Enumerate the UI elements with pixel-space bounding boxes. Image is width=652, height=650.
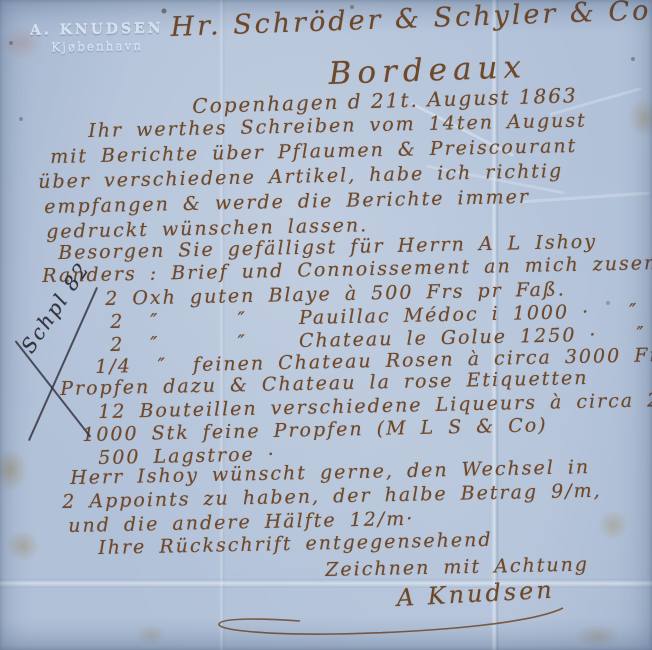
letter-scan: A. KNUDSEN Kjøbenhavn Hr. Schröder & Sch… <box>0 0 652 650</box>
recipient-line: Hr. Schröder & Schyler & Co <box>170 0 652 43</box>
paper-stain <box>598 510 628 540</box>
stamp-sender-name: A. KNUDSEN <box>22 21 172 40</box>
paper-stain <box>6 530 40 562</box>
paper-stain <box>136 624 166 646</box>
paper-stain <box>0 26 44 60</box>
wrinkle-streak <box>520 191 650 203</box>
paper-stain <box>628 98 652 138</box>
ink-flecks <box>0 0 2 2</box>
paper-stain <box>0 448 28 492</box>
paper-stain <box>574 624 620 648</box>
signature: A Knudsen <box>396 576 555 612</box>
stamp-sender-city: Kjøbenhavn <box>22 39 172 56</box>
embossed-sender-stamp: A. KNUDSEN Kjøbenhavn <box>22 21 173 56</box>
